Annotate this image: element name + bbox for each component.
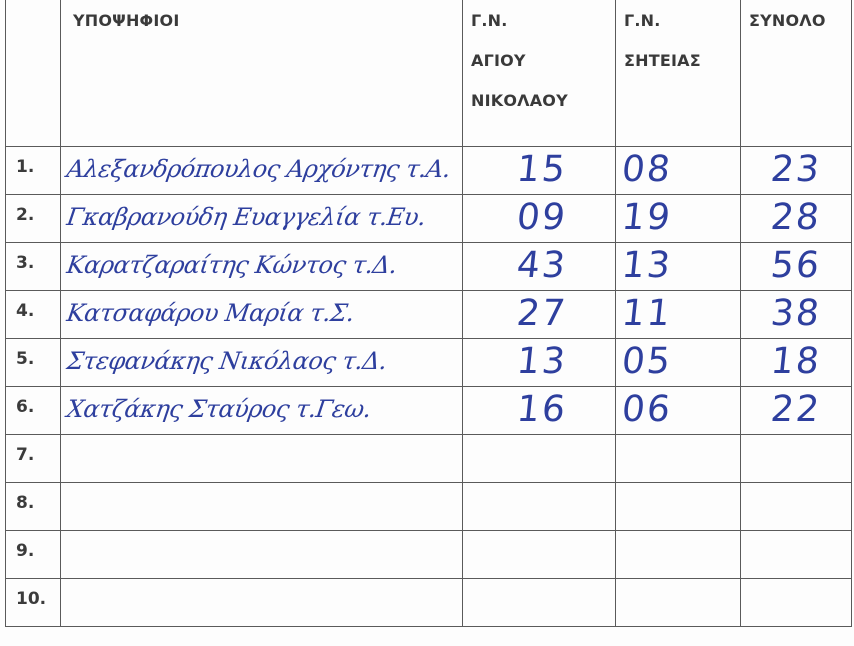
agiou-nikolaou-cell: 16 — [463, 387, 616, 435]
header-index — [6, 0, 61, 147]
row-index: 6. — [6, 387, 60, 417]
agiou-nikolaou-cell: 09 — [463, 195, 616, 243]
table-row: 5.Στεφανάκης Νικόλαος τ.Δ.130518 — [6, 339, 852, 387]
table-row: 4.Κατσαφάρου Μαρία τ.Σ.271138 — [6, 291, 852, 339]
siteias-cell — [616, 435, 741, 483]
candidate-name-cell: Αλεξανδρόπουλος Αρχόντης τ.Α. — [61, 147, 463, 195]
candidate-name: Κατσαφάρου Μαρία τ.Σ. — [65, 299, 356, 327]
siteias-score: 13 — [620, 245, 674, 286]
total-cell: 22 — [741, 387, 852, 435]
siteias-score: 19 — [620, 197, 674, 238]
row-index: 1. — [6, 147, 60, 177]
agiou-nikolaou-score: 27 — [515, 293, 569, 334]
row-index-cell: 10. — [6, 579, 61, 627]
candidate-name: Γκαβρανούδη Ευαγγελία τ.Ευ. — [65, 203, 427, 231]
row-index-cell: 6. — [6, 387, 61, 435]
agiou-nikolaou-cell — [463, 531, 616, 579]
candidate-name: Αλεξανδρόπουλος Αρχόντης τ.Α. — [65, 155, 452, 183]
table-row: 1.Αλεξανδρόπουλος Αρχόντης τ.Α.150823 — [6, 147, 852, 195]
row-index: 9. — [6, 531, 60, 561]
siteias-cell: 19 — [616, 195, 741, 243]
header-candidates: ΥΠΟΨΗΦΙΟΙ — [61, 0, 463, 147]
header-gn-agiou-nikolaou-label: Γ.Ν. ΑΓΙΟΥ ΝΙΚΟΛΑΟΥ — [463, 0, 615, 121]
candidate-name-cell — [61, 531, 463, 579]
total-cell: 38 — [741, 291, 852, 339]
candidate-name: Χατζάκης Σταύρος τ.Γεω. — [65, 395, 373, 423]
agiou-nikolaou-score: 09 — [515, 197, 569, 238]
total-cell — [741, 579, 852, 627]
table-row: 6.Χατζάκης Σταύρος τ.Γεω.160622 — [6, 387, 852, 435]
siteias-cell: 05 — [616, 339, 741, 387]
candidate-name-cell — [61, 579, 463, 627]
total-cell — [741, 483, 852, 531]
candidate-name: Στεφανάκης Νικόλαος τ.Δ. — [65, 347, 388, 375]
total-cell — [741, 531, 852, 579]
candidate-name: Καρατζαραίτης Κώντος τ.Δ. — [65, 251, 399, 279]
candidate-name-cell: Κατσαφάρου Μαρία τ.Σ. — [61, 291, 463, 339]
table-row: 9. — [6, 531, 852, 579]
candidate-name-cell — [61, 435, 463, 483]
row-index: 2. — [6, 195, 60, 225]
row-index-cell: 4. — [6, 291, 61, 339]
total-score: 56 — [769, 245, 823, 286]
header-candidates-label: ΥΠΟΨΗΦΙΟΙ — [61, 0, 462, 41]
agiou-nikolaou-cell: 15 — [463, 147, 616, 195]
siteias-cell: 13 — [616, 243, 741, 291]
siteias-cell — [616, 483, 741, 531]
total-score: 28 — [769, 197, 823, 238]
candidate-name-cell: Γκαβρανούδη Ευαγγελία τ.Ευ. — [61, 195, 463, 243]
table-row: 10. — [6, 579, 852, 627]
row-index-cell: 1. — [6, 147, 61, 195]
siteias-cell — [616, 579, 741, 627]
agiou-nikolaou-cell — [463, 435, 616, 483]
candidate-name-cell: Χατζάκης Σταύρος τ.Γεω. — [61, 387, 463, 435]
agiou-nikolaou-cell — [463, 579, 616, 627]
row-index-cell: 3. — [6, 243, 61, 291]
agiou-nikolaou-score: 15 — [515, 149, 569, 190]
siteias-cell — [616, 531, 741, 579]
agiou-nikolaou-score: 13 — [515, 341, 569, 382]
siteias-cell: 11 — [616, 291, 741, 339]
siteias-score: 08 — [620, 149, 674, 190]
row-index-cell: 5. — [6, 339, 61, 387]
total-score: 22 — [769, 389, 823, 430]
row-index: 7. — [6, 435, 60, 465]
header-total-label: ΣΥΝΟΛΟ — [741, 0, 851, 41]
row-index: 4. — [6, 291, 60, 321]
total-score: 38 — [769, 293, 823, 334]
total-cell: 56 — [741, 243, 852, 291]
total-score: 18 — [769, 341, 823, 382]
header-gn-siteias-label: Γ.Ν. ΣΗΤΕΙΑΣ — [616, 0, 740, 81]
table-row: 2.Γκαβρανούδη Ευαγγελία τ.Ευ.091928 — [6, 195, 852, 243]
agiou-nikolaou-score: 43 — [515, 245, 569, 286]
candidate-name-cell — [61, 483, 463, 531]
row-index: 8. — [6, 483, 60, 513]
candidate-name-cell: Καρατζαραίτης Κώντος τ.Δ. — [61, 243, 463, 291]
agiou-nikolaou-cell: 13 — [463, 339, 616, 387]
siteias-cell: 08 — [616, 147, 741, 195]
table-row: 3.Καρατζαραίτης Κώντος τ.Δ.431356 — [6, 243, 852, 291]
table-row: 8. — [6, 483, 852, 531]
row-index-cell: 8. — [6, 483, 61, 531]
total-cell — [741, 435, 852, 483]
agiou-nikolaou-score: 16 — [515, 389, 569, 430]
agiou-nikolaou-cell: 27 — [463, 291, 616, 339]
candidate-name-cell: Στεφανάκης Νικόλαος τ.Δ. — [61, 339, 463, 387]
total-score: 23 — [769, 149, 823, 190]
row-index: 5. — [6, 339, 60, 369]
candidates-table: ΥΠΟΨΗΦΙΟΙ Γ.Ν. ΑΓΙΟΥ ΝΙΚΟΛΑΟΥ Γ.Ν. ΣΗΤΕΙ… — [5, 0, 852, 627]
total-cell: 28 — [741, 195, 852, 243]
header-gn-agiou-nikolaou: Γ.Ν. ΑΓΙΟΥ ΝΙΚΟΛΑΟΥ — [463, 0, 616, 147]
row-index-cell: 7. — [6, 435, 61, 483]
header-total: ΣΥΝΟΛΟ — [741, 0, 852, 147]
score-sheet: ΥΠΟΨΗΦΙΟΙ Γ.Ν. ΑΓΙΟΥ ΝΙΚΟΛΑΟΥ Γ.Ν. ΣΗΤΕΙ… — [0, 0, 854, 646]
header-row: ΥΠΟΨΗΦΙΟΙ Γ.Ν. ΑΓΙΟΥ ΝΙΚΟΛΑΟΥ Γ.Ν. ΣΗΤΕΙ… — [6, 0, 852, 147]
siteias-cell: 06 — [616, 387, 741, 435]
siteias-score: 06 — [620, 389, 674, 430]
row-index: 3. — [6, 243, 60, 273]
total-cell: 23 — [741, 147, 852, 195]
agiou-nikolaou-cell — [463, 483, 616, 531]
siteias-score: 05 — [620, 341, 674, 382]
row-index-cell: 9. — [6, 531, 61, 579]
row-index: 10. — [6, 579, 60, 609]
table-row: 7. — [6, 435, 852, 483]
siteias-score: 11 — [620, 293, 674, 334]
agiou-nikolaou-cell: 43 — [463, 243, 616, 291]
header-gn-siteias: Γ.Ν. ΣΗΤΕΙΑΣ — [616, 0, 741, 147]
row-index-cell: 2. — [6, 195, 61, 243]
total-cell: 18 — [741, 339, 852, 387]
